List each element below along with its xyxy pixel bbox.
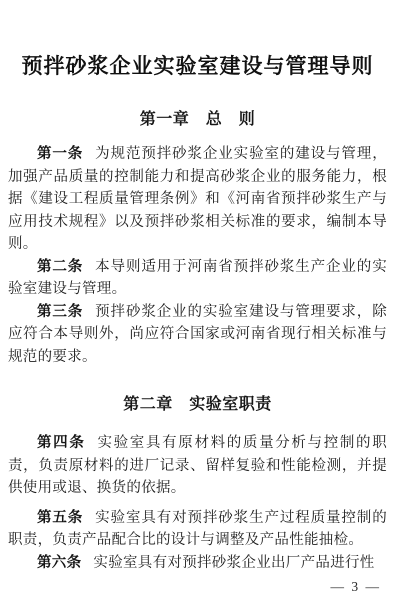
article-6: 第六条实验室具有对预拌砂浆企业出厂产品进行性 — [8, 552, 387, 575]
article-4: 第四条实验室具有原材料的质量分析与控制的职责，负责原材料的进厂记录、留样复验和性… — [8, 432, 387, 500]
article-2: 第二条本导则适用于河南省预拌砂浆生产企业的实验室建设与管理。 — [8, 256, 387, 301]
article-6-label: 第六条 — [37, 555, 81, 571]
article-6-text: 实验室具有对预拌砂浆企业出厂产品进行性 — [93, 555, 374, 571]
article-3: 第三条预拌砂浆企业的实验室建设与管理要求，除应符合本导则外，尚应符合国家或河南省… — [8, 301, 387, 369]
page-number: — 3 — — [8, 578, 387, 596]
article-1-label: 第一条 — [37, 146, 83, 162]
article-3-label: 第三条 — [37, 304, 83, 320]
article-5: 第五条实验室具有对预拌砂浆生产过程质量控制的职责，负责产品配合比的设计与调整及产… — [8, 507, 387, 552]
document-page: 预拌砂浆企业实验室建设与管理导则 第一章 总 则 第一条为规范预拌砂浆企业实验室… — [0, 0, 395, 600]
chapter-heading-1: 第一章 总 则 — [8, 110, 387, 130]
article-2-label: 第二条 — [37, 259, 83, 275]
document-title: 预拌砂浆企业实验室建设与管理导则 — [8, 53, 387, 79]
article-1: 第一条为规范预拌砂浆企业实验室的建设与管理，加强产品质量的控制能力和提高砂浆企业… — [8, 143, 387, 256]
article-5-label: 第五条 — [37, 510, 83, 526]
chapter-heading-2: 第二章 实验室职责 — [8, 395, 387, 415]
article-4-label: 第四条 — [37, 435, 85, 451]
